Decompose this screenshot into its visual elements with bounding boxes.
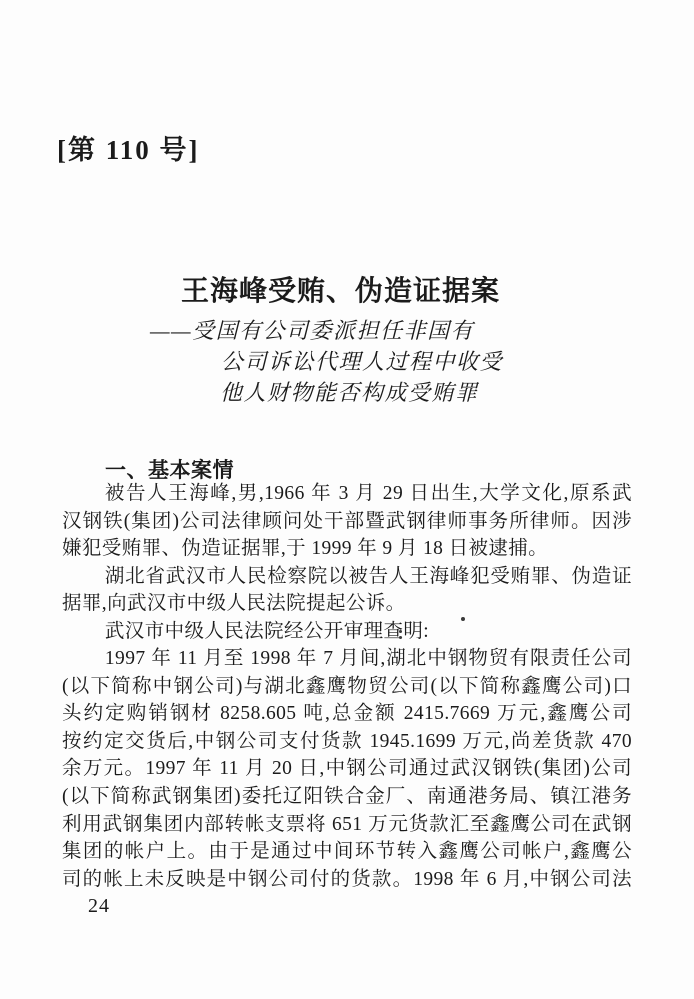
- case-number: [第 110 号]: [57, 128, 200, 167]
- case-subtitle-line: 公司诉讼代理人过程中收受: [221, 345, 503, 376]
- body-text-line: 1997 年 11 月至 1998 年 7 月间,湖北中钢物贸有限责任公司: [62, 645, 632, 673]
- case-subtitle-line: 他人财物能否构成受贿罪: [220, 376, 479, 407]
- body-text-line: 汉钢铁(集团)公司法律顾问处干部暨武钢律师事务所律师。因涉: [62, 508, 632, 536]
- body-text-line: 余万元。1997 年 11 月 20 日,中钢公司通过武汉钢铁(集团)公司: [62, 755, 632, 783]
- body-text-line: 被告人王海峰,男,1966 年 3 月 29 日出生,大学文化,原系武: [62, 480, 632, 508]
- body-text-line: 据罪,向武汉市中级人民法院提起公诉。: [62, 590, 632, 618]
- body-text-line: 利用武钢集团内部转帐支票将 651 万元货款汇至鑫鹰公司在武钢: [62, 811, 632, 839]
- print-speck: [399, 630, 402, 633]
- body-text-line: 武汉市中级人民法院经公开审理查明:: [62, 618, 632, 646]
- print-speck: [399, 636, 402, 639]
- body-text-line: 司的帐上未反映是中钢公司付的货款。1998 年 6 月,中钢公司法: [62, 866, 632, 894]
- case-subtitle-line: ——受国有公司委派担任非国有: [150, 314, 474, 345]
- body-text-line: 头约定购销钢材 8258.605 吨,总金额 2415.7669 万元,鑫鹰公司: [62, 700, 632, 728]
- body-text: 被告人王海峰,男,1966 年 3 月 29 日出生,大学文化,原系武 汉钢铁(…: [62, 480, 632, 893]
- body-text-line: 湖北省武汉市人民检察院以被告人王海峰犯受贿罪、伪造证: [62, 563, 632, 591]
- case-title: 王海峰受贿、伪造证据案: [181, 269, 500, 309]
- document-page: [第 110 号] 王海峰受贿、伪造证据案 ——受国有公司委派担任非国有 公司诉…: [0, 0, 694, 999]
- body-text-line: (以下简称武钢集团)委托辽阳铁合金厂、南通港务局、镇江港务局: [62, 783, 632, 811]
- body-text-line: (以下简称中钢公司)与湖北鑫鹰物贸公司(以下简称鑫鹰公司)口: [62, 673, 632, 701]
- print-speck: [461, 617, 465, 621]
- body-text-line: 嫌犯受贿罪、伪造证据罪,于 1999 年 9 月 18 日被逮捕。: [62, 535, 632, 563]
- body-text-line: 按约定交货后,中钢公司支付货款 1945.1699 万元,尚差货款 470: [62, 728, 632, 756]
- body-text-line: 集团的帐户上。由于是通过中间环节转入鑫鹰公司帐户,鑫鹰公: [62, 838, 632, 866]
- page-number: 24: [88, 895, 110, 918]
